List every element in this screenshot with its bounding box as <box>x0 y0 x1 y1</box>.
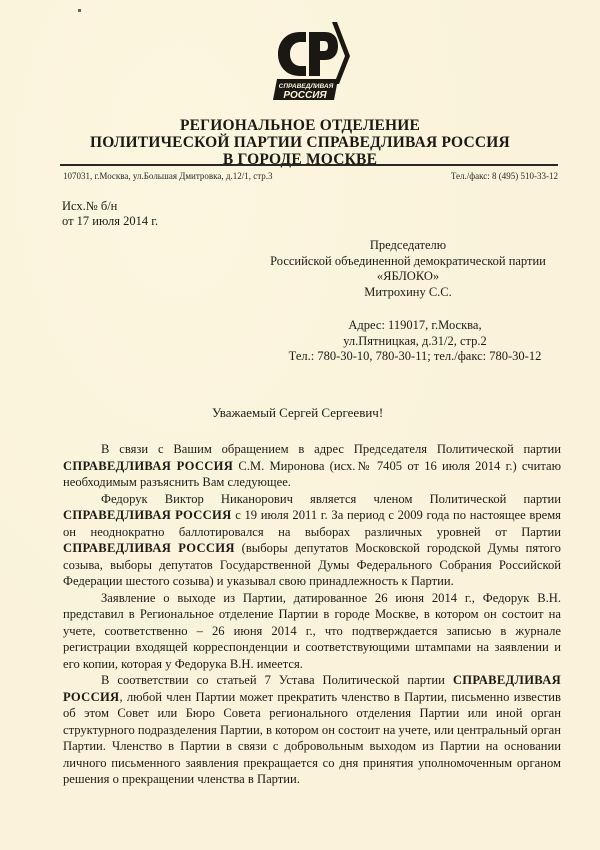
letter-body: В связи с Вашим обращением в адрес Предс… <box>63 441 561 788</box>
recipient-address: Адрес: 119017, г.Москва, ул.Пятницкая, д… <box>270 318 560 365</box>
recipient-line: Митрохину С.С. <box>236 285 580 301</box>
recipient-address-line: Адрес: 119017, г.Москва, <box>270 318 560 334</box>
paragraph: Федорук Виктор Никанорович является член… <box>63 491 561 590</box>
header-divider <box>60 164 558 166</box>
outgoing-reference: Исх.№ б/н от 17 июля 2014 г. <box>62 199 158 228</box>
recipient-line: Российской объединенной демократической … <box>236 254 580 270</box>
org-title-line: РЕГИОНАЛЬНОЕ ОТДЕЛЕНИЕ <box>0 117 600 134</box>
svg-text:СПРАВЕДЛИВАЯ: СПРАВЕДЛИВАЯ <box>279 83 334 90</box>
recipient-address-line: ул.Пятницкая, д.31/2, стр.2 <box>270 334 560 350</box>
outgoing-date: от 17 июля 2014 г. <box>62 214 158 229</box>
sender-address: 107031, г.Москва, ул.Большая Дмитровка, … <box>63 171 273 181</box>
sender-phone: Тел./факс: 8 (495) 510-33-12 <box>451 171 558 181</box>
organization-title: РЕГИОНАЛЬНОЕ ОТДЕЛЕНИЕ ПОЛИТИЧЕСКОЙ ПАРТ… <box>0 117 600 168</box>
paragraph-text: В соответствии со статьей 7 Устава Полит… <box>101 673 445 687</box>
svg-text:РОССИЯ: РОССИЯ <box>283 90 327 100</box>
paragraph: В связи с Вашим обращением в адрес Предс… <box>63 441 561 491</box>
recipient-block: Председателю Российской объединенной дем… <box>236 238 580 300</box>
paragraph-text: , любой член Партии может прекратить чле… <box>63 690 561 787</box>
party-logo: СПРАВЕДЛИВАЯ РОССИЯ <box>270 22 350 100</box>
org-title-line: ПОЛИТИЧЕСКОЙ ПАРТИИ СПРАВЕДЛИВАЯ РОССИЯ <box>0 134 600 151</box>
recipient-line: Председателю <box>236 238 580 254</box>
salutation: Уважаемый Сергей Сергеевич! <box>212 405 383 421</box>
paragraph-text: В связи с Вашим обращением в адрес Предс… <box>101 442 561 456</box>
paragraph: В соответствии со статьей 7 Устава Полит… <box>63 672 561 788</box>
sr-logo-icon: СПРАВЕДЛИВАЯ РОССИЯ <box>270 22 350 100</box>
party-name: СПРАВЕДЛИВАЯ РОССИЯ <box>63 459 233 473</box>
paragraph: Заявление о выходе из Партии, датированн… <box>63 590 561 673</box>
party-name: СПРАВЕДЛИВАЯ РОССИЯ <box>63 541 235 555</box>
outgoing-number: Исх.№ б/н <box>62 199 158 214</box>
recipient-address-line: Тел.: 780-30-10, 780-30-11; тел./факс: 7… <box>270 349 560 365</box>
party-name: СПРАВЕДЛИВАЯ РОССИЯ <box>63 508 232 522</box>
scan-speck <box>78 9 81 12</box>
recipient-line: «ЯБЛОКО» <box>236 269 580 285</box>
paragraph-text: Федорук Виктор Никанорович является член… <box>101 492 561 506</box>
letter-page: СПРАВЕДЛИВАЯ РОССИЯ РЕГИОНАЛЬНОЕ ОТДЕЛЕН… <box>0 0 600 850</box>
